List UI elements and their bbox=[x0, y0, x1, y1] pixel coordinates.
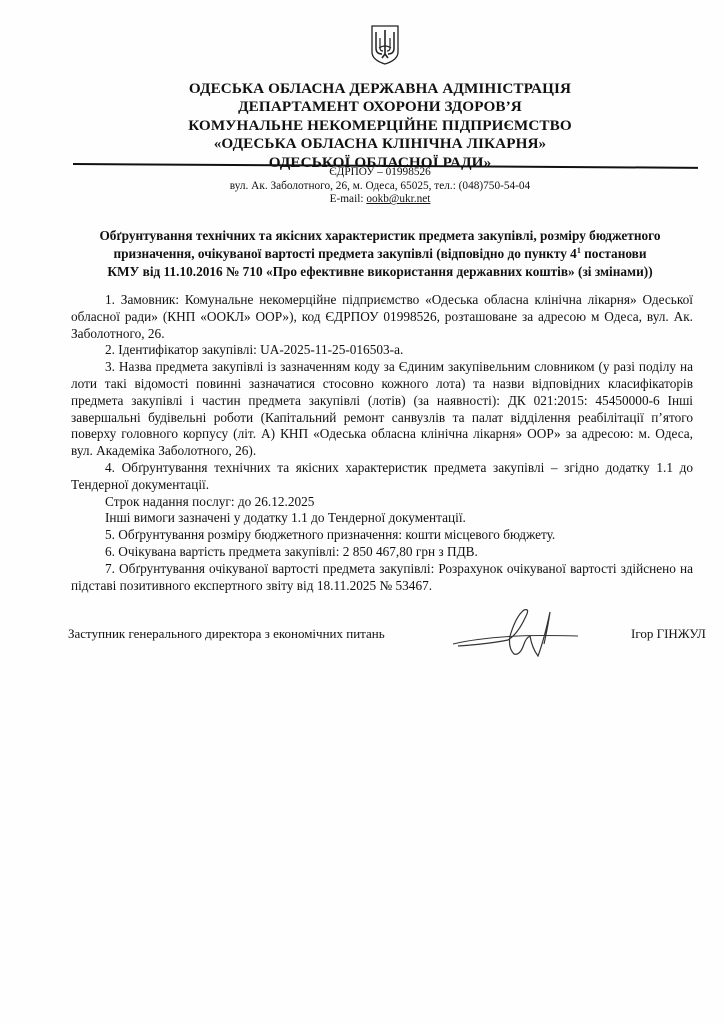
item-technical-justification: 4. Обґрунтування технічних та якісних ха… bbox=[71, 460, 693, 494]
org-line-hospital-name: «ОДЕСЬКА ОБЛАСНА КЛІНІЧНА ЛІКАРНЯ» bbox=[80, 135, 680, 153]
document-page: ОДЕСЬКА ОБЛАСНА ДЕРЖАВНА АДМІНІСТРАЦІЯ Д… bbox=[0, 0, 724, 1024]
email-label: E-mail: bbox=[330, 193, 367, 205]
organization-header: ОДЕСЬКА ОБЛАСНА ДЕРЖАВНА АДМІНІСТРАЦІЯ Д… bbox=[80, 80, 680, 172]
item-customer: 1. Замовник: Комунальне некомерційне під… bbox=[71, 292, 693, 342]
org-line-enterprise-type: КОМУНАЛЬНЕ НЕКОМЕРЦІЙНЕ ПІДПРИЄМСТВО bbox=[80, 117, 680, 135]
coat-of-arms-icon bbox=[370, 24, 400, 66]
email-line: E-mail: ookb@ukr.net bbox=[80, 193, 680, 207]
item-other-requirements: Інші вимоги зазначені у додатку 1.1 до Т… bbox=[71, 510, 693, 527]
contact-block: ЄДРПОУ – 01998526 вул. Ак. Заболотного, … bbox=[80, 166, 680, 207]
org-line-department: ДЕПАРТАМЕНТ ОХОРОНИ ЗДОРОВ’Я bbox=[80, 98, 680, 116]
edrpou-code: ЄДРПОУ – 01998526 bbox=[80, 166, 680, 180]
item-expected-cost: 6. Очікувана вартість предмета закупівлі… bbox=[71, 544, 693, 561]
document-title: Обґрунтування технічних та якісних харак… bbox=[60, 227, 700, 280]
item-service-term: Строк надання послуг: до 26.12.2025 bbox=[71, 494, 693, 511]
signatory-name: Ігор ГІНЖУЛ bbox=[631, 626, 706, 642]
item-procurement-subject: 3. Назва предмета закупівлі із зазначенн… bbox=[71, 359, 693, 460]
item-cost-justification: 7. Обґрунтування очікуваної вартості пре… bbox=[71, 561, 693, 595]
item-procurement-id: 2. Ідентифікатор закупівлі: UA-2025-11-2… bbox=[71, 342, 693, 359]
item-budget-justification: 5. Обґрунтування розміру бюджетного приз… bbox=[71, 527, 693, 544]
org-line-administration: ОДЕСЬКА ОБЛАСНА ДЕРЖАВНА АДМІНІСТРАЦІЯ bbox=[80, 80, 680, 98]
handwritten-signature-icon bbox=[448, 604, 588, 674]
title-line-2: призначення, очікуваної вартості предмет… bbox=[60, 245, 700, 263]
address-line: вул. Ак. Заболотного, 26, м. Одеса, 6502… bbox=[80, 180, 680, 194]
document-body: 1. Замовник: Комунальне некомерційне під… bbox=[71, 292, 693, 594]
signature-block: Заступник генерального директора з еконо… bbox=[68, 626, 708, 686]
email-link[interactable]: ookb@ukr.net bbox=[366, 193, 430, 205]
signatory-position: Заступник генерального директора з еконо… bbox=[68, 626, 385, 642]
title-line-3: КМУ від 11.10.2016 № 710 «Про ефективне … bbox=[60, 263, 700, 281]
title-line-1: Обґрунтування технічних та якісних харак… bbox=[60, 227, 700, 245]
